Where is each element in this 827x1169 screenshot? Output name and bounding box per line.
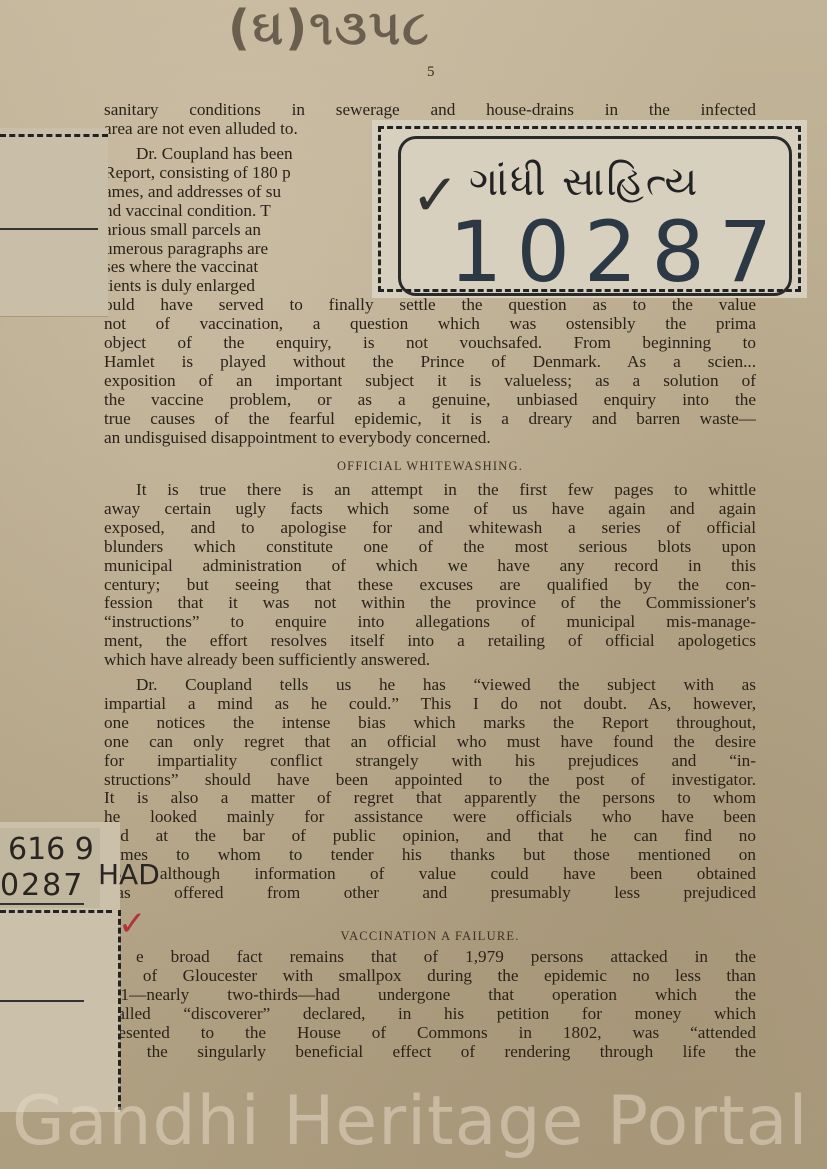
text-line: e broad fact remains that of 1,979 perso… [104, 948, 756, 967]
text-line: ned at the bar of public opinion, and th… [104, 827, 756, 846]
text-line: the vaccine problem, or as a genuine, un… [104, 391, 756, 410]
text-line: was offered from other and presumably le… [104, 884, 756, 903]
text-line: blunders which constitute one of the mos… [104, 538, 756, 557]
cut-line-dashed [0, 134, 108, 137]
paragraph-4: e broad fact remains that of 1,979 perso… [104, 948, 756, 1061]
text-line: Hamlet is played without the Prince of D… [104, 353, 756, 372]
text-line: presented to the House of Commons in 180… [104, 1024, 756, 1043]
text-line: which have already been sufficiently ans… [104, 651, 756, 670]
text-line: th the singularly beneficial effect of r… [104, 1043, 756, 1062]
gandhi-sahitya-label: ✓ ગાંધી સાહિત્ય 10287 [372, 120, 807, 298]
text-line: true causes of the fearful epidemic, it … [104, 410, 756, 429]
text-line: fession that it was not within the provi… [104, 594, 756, 613]
cut-line-dashed [0, 910, 112, 913]
text-line: sanitary conditions in sewerage and hous… [104, 101, 756, 120]
text-line: 211—nearly two-thirds—had undergone that… [104, 986, 756, 1005]
pasted-slip-left-bottom: 616 9 0287 HAD ✓ [0, 822, 120, 1112]
handwritten-code-line-1: 616 9 [8, 832, 94, 867]
label-rounded-frame: ✓ ગાંધી સાહિત્ય 10287 [398, 136, 792, 296]
text-line: object of the enquiry, is not vouchsafed… [104, 334, 756, 353]
paragraph-2: It is true there is an attempt in the fi… [104, 481, 756, 670]
text-line: -called “discoverer” declared, in his pe… [104, 1005, 756, 1024]
label-title: ગાંધી સાહિત્ય [469, 159, 699, 205]
red-check-mark-icon: ✓ [118, 904, 147, 944]
text-line: century; but seeing that these excuses a… [104, 576, 756, 595]
text-line: “instructions” to enquire into allegatio… [104, 613, 756, 632]
text-line: exposed, and to apologise for and whitew… [104, 519, 756, 538]
text-line: impartial a mind as he could.” This I do… [104, 695, 756, 714]
cut-line-dashed-vertical [118, 910, 121, 1110]
handwritten-code-line-2: 0287 [0, 868, 84, 905]
text-line: structions” should have been appointed t… [104, 771, 756, 790]
handwritten-initials: HAD [98, 858, 160, 891]
section-heading-vaccination-failure: VACCINATION A FAILURE. [104, 929, 756, 944]
text-line: It is also a matter of regret that appar… [104, 789, 756, 808]
pasted-slip-left-top [0, 128, 108, 317]
handwritten-catalog-mark: (ઘ)૧૩૫૮ [228, 0, 431, 57]
page-number: 5 [427, 64, 435, 81]
text-line: ty of Gloucester with smallpox during th… [104, 967, 756, 986]
text-line: for impartiality conflict strangely with… [104, 752, 756, 771]
text-line: away certain ugly facts which some of us… [104, 500, 756, 519]
text-line: he looked mainly for assistance were off… [104, 808, 756, 827]
paragraph-3: Dr. Coupland tells us he has “viewed the… [104, 676, 756, 922]
text-line: an undisguised disappointment to everybo… [104, 429, 756, 448]
watermark: Gandhi Heritage Portal [12, 1082, 808, 1161]
text-line: Dr. Coupland tells us he has “viewed the… [104, 676, 756, 695]
section-heading-official-whitewashing: OFFICIAL WHITEWASHING. [104, 459, 756, 474]
text-line: exposition of an important subject it is… [104, 372, 756, 391]
ruled-line [0, 228, 98, 230]
text-line: municipal administration of which we hav… [104, 557, 756, 576]
accession-number: 10287 [449, 207, 786, 297]
text-line: 13, although information of value could … [104, 865, 756, 884]
text-line: one can only regret that an official who… [104, 733, 756, 752]
text-line: names to whom to tender his thanks but t… [104, 846, 756, 865]
text-line: not of vaccination, a question which was… [104, 315, 756, 334]
text-line: s. [104, 903, 756, 922]
text-line: It is true there is an attempt in the fi… [104, 481, 756, 500]
text-line: ment, the effort resolves itself into a … [104, 632, 756, 651]
ruled-line [0, 1000, 84, 1002]
text-line: one notices the intense bias which marks… [104, 714, 756, 733]
